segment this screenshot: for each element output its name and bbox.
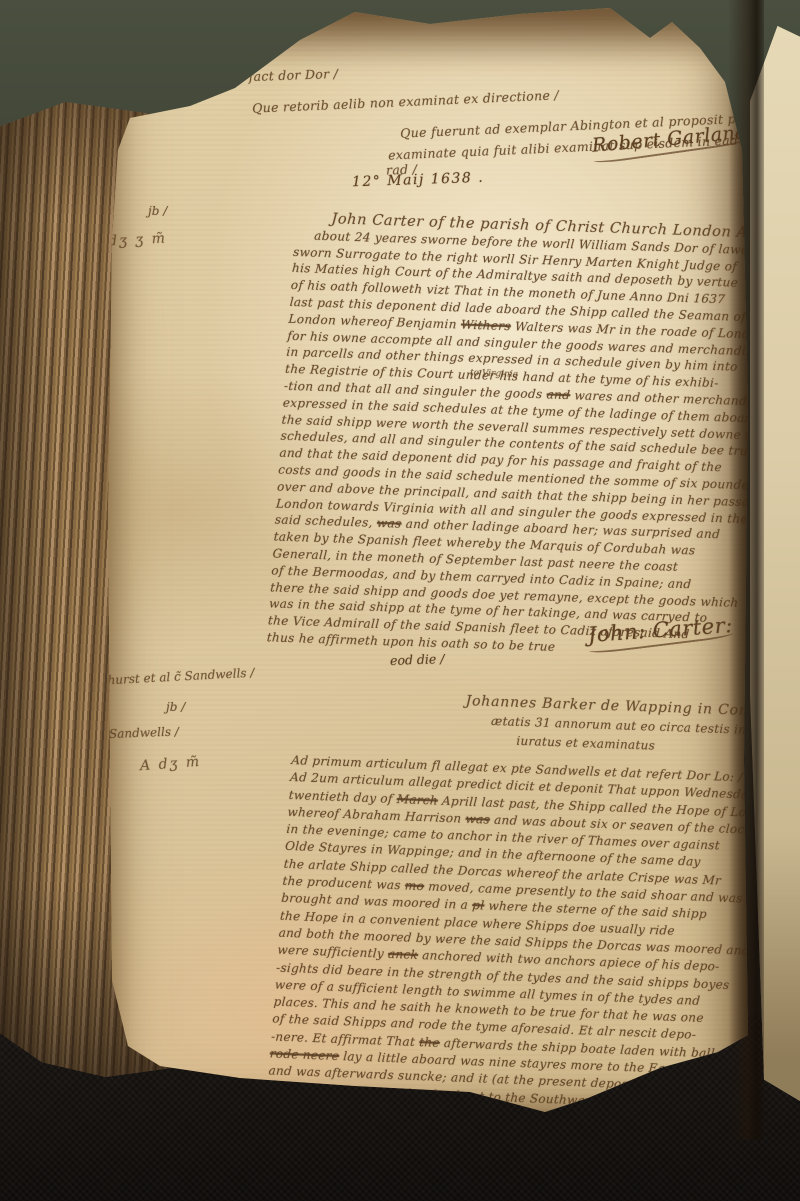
deposition-john-carter: John Carter of the parish of Christ Chur… <box>266 210 800 664</box>
manuscript-page: pro fact dor Dor / Que retorib aelib non… <box>100 4 755 1126</box>
deposition-barker-heading: Johannes Barker de Wapping in Com Middx … <box>464 692 800 762</box>
margin-mark: jb / <box>148 204 167 218</box>
margin-mark: jb / <box>166 700 185 714</box>
annotation-line: pro fact dor Dor / <box>222 66 339 85</box>
interlined-note: to Virginia <box>470 368 518 380</box>
margin-flourish: A dʒ m̃ <box>140 754 202 774</box>
margin-case-title: Holhurst et al c̃ Sandwells / <box>86 666 255 689</box>
margin-flourish: dʒ ʒ m̃ <box>108 230 168 249</box>
facing-page-edge <box>750 26 800 1101</box>
eodem-die-heading: eod die / <box>390 651 445 668</box>
date-heading: 12° Maij 1638 . <box>352 170 485 191</box>
manuscript-photograph: pro fact dor Dor / Que retorib aelib non… <box>0 0 800 1201</box>
annotation-line: Que retorib aelib non examinat ex direct… <box>252 87 559 115</box>
